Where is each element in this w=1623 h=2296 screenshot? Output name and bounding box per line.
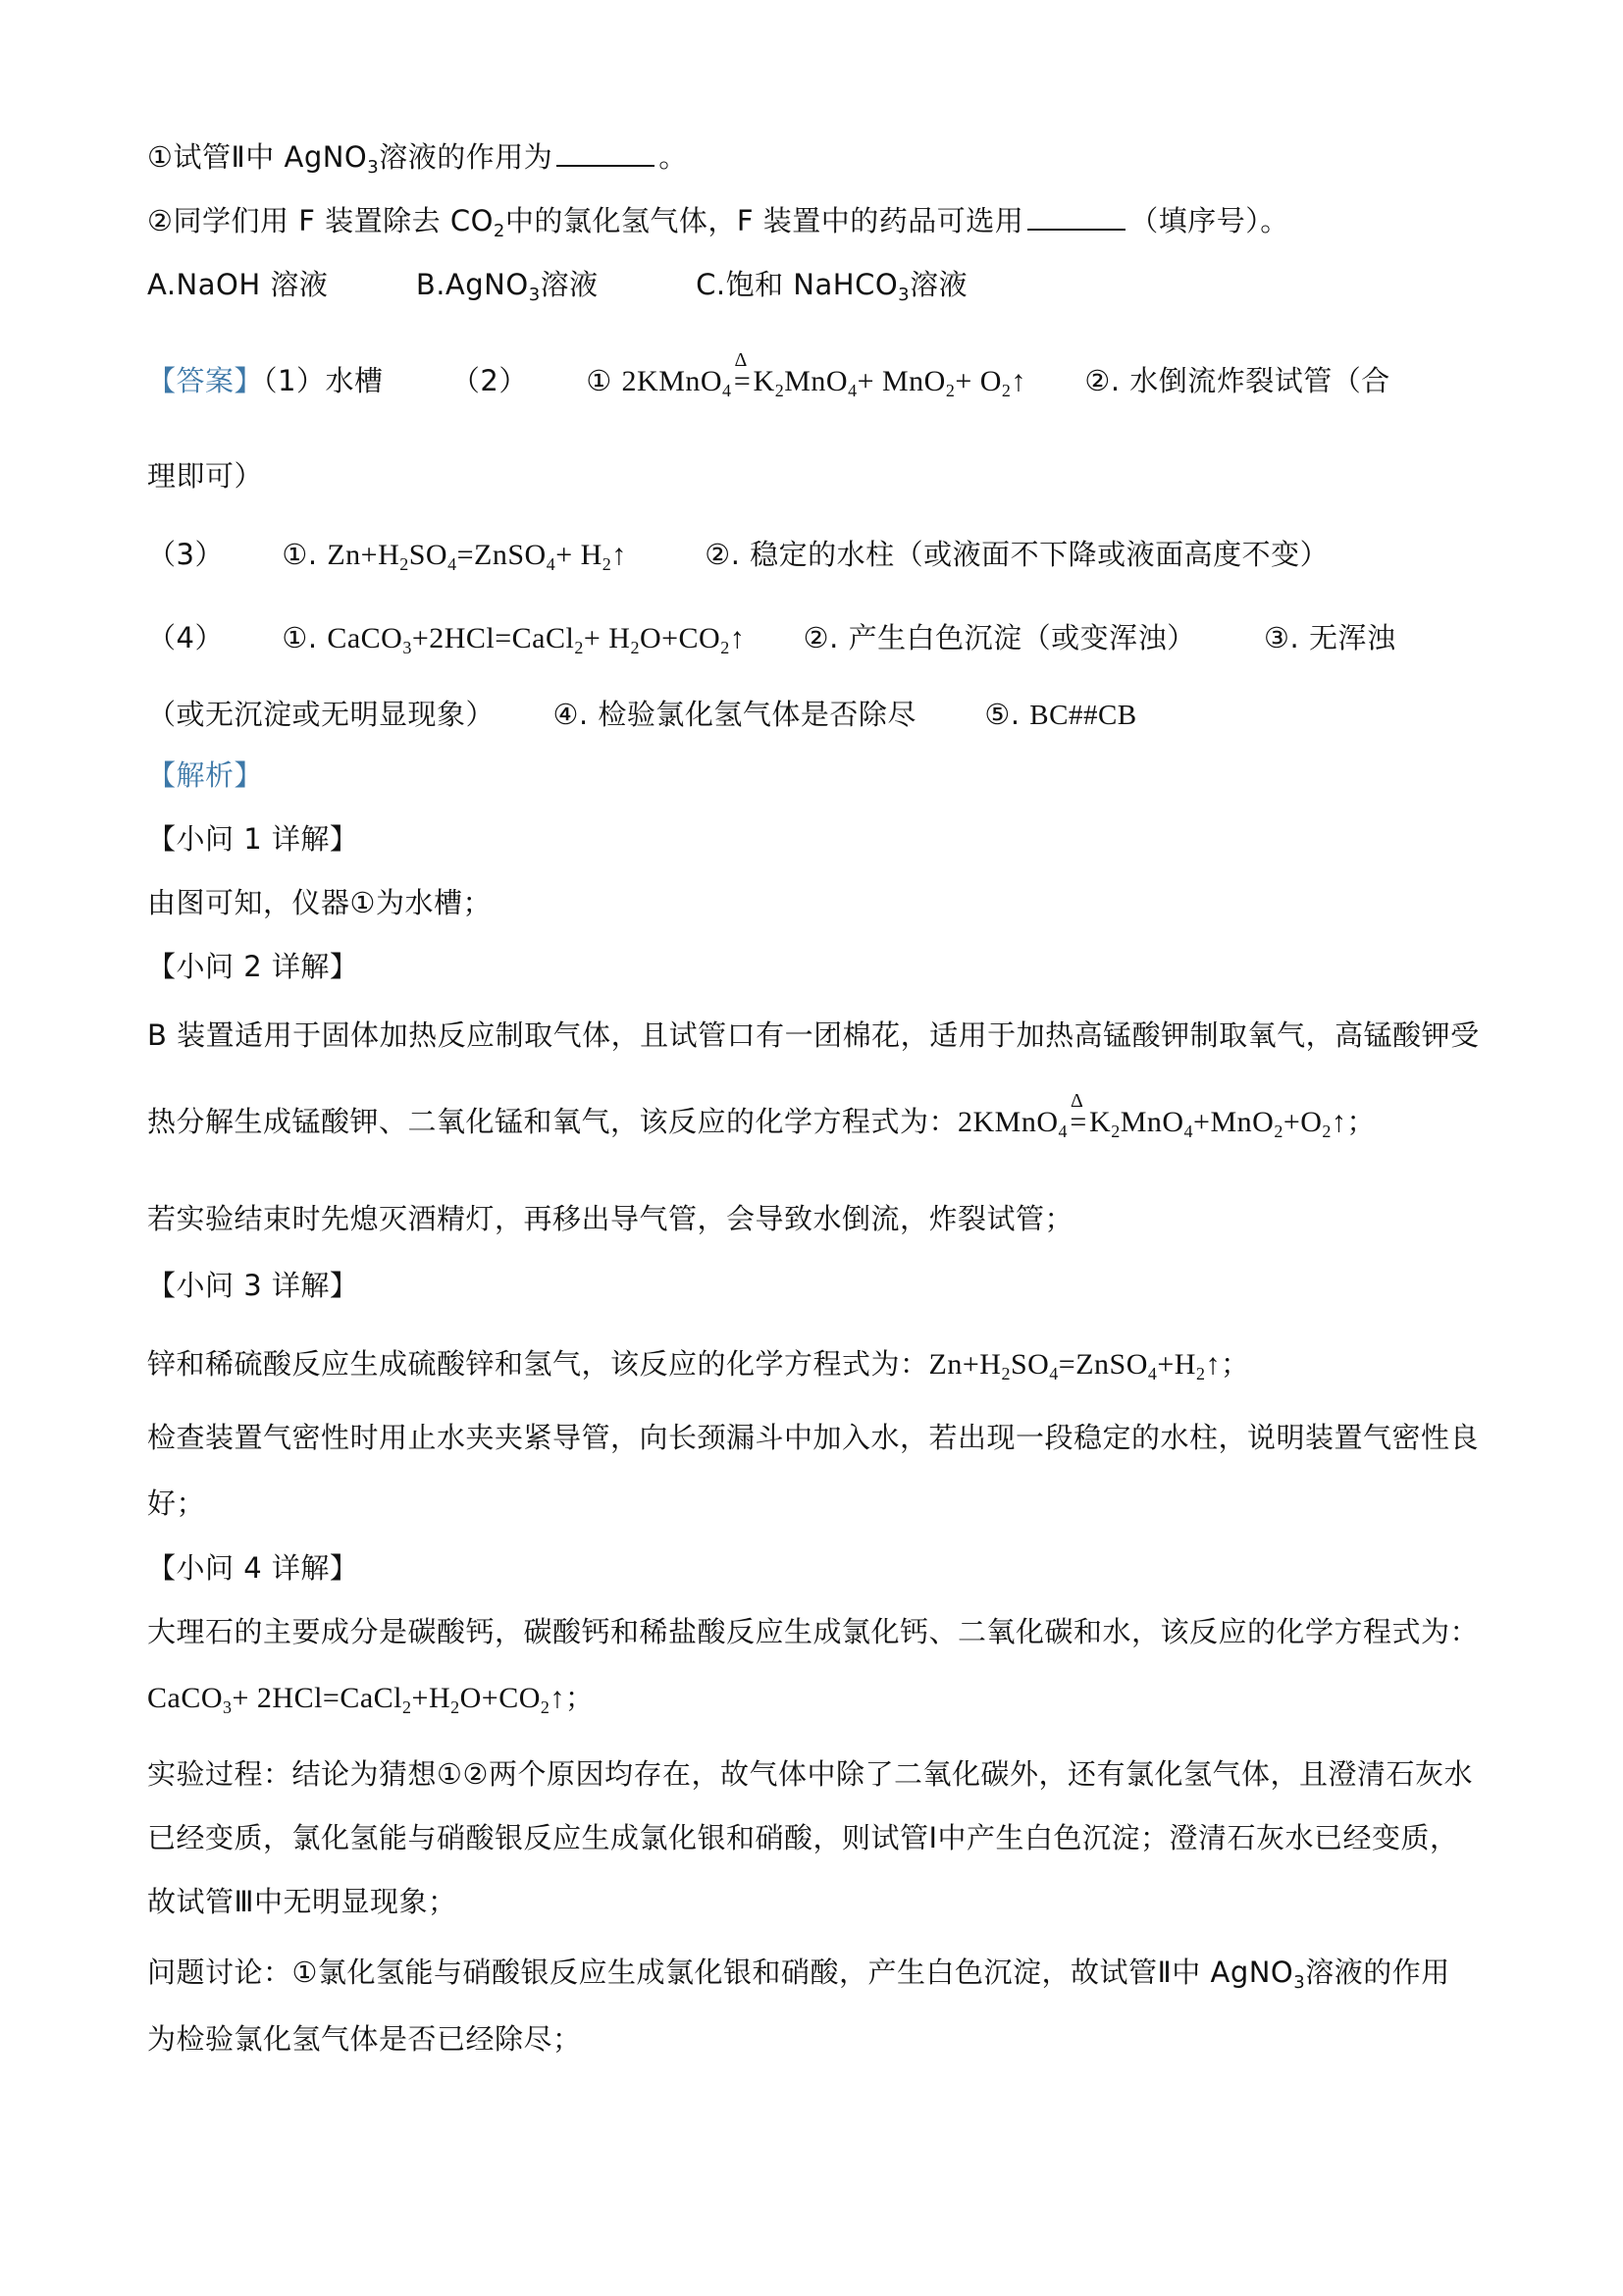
equation-zn-analysis: Zn+H2SO4=ZnSO4+H2↑ [929,1348,1221,1381]
answer-blank [1027,205,1126,231]
answer-blank [556,141,654,167]
subquestion-4-line-6: 为检验氯化氢气体是否已经除尽； [147,2019,582,2059]
subquestion-4-line-3: 已经变质，氯化氢能与硝酸银反应生成氯化银和硝酸，则试管Ⅰ中产生白色沉淀；澄清石灰… [147,1818,1459,1857]
option-b: B.AgNO3溶液 [416,268,599,301]
equation-kmno4: 2KMnO4Δ=K2MnO4+ MnO2+ O2↑ [622,365,1026,397]
answer-tag: 【答案】 [147,364,263,397]
subquestion-4-line-2: 实验过程：结论为猜想①②两个原因均存在，故气体中除了二氧化碳外，还有氯化氢气体，… [147,1754,1473,1794]
answer-line-4: （4） ①. CaCO3+2HCl=CaCl2+ H2O+CO2↑ ②. 产生白… [147,618,1396,658]
subquestion-2-line-1: B 装置适用于固体加热反应制取气体，且试管口有一团棉花，适用于加热高锰酸钾制取氧… [147,1016,1480,1055]
question-q1: ①试管Ⅱ中 AgNO3溶液的作用为。 [147,137,688,177]
subquestion-3-line-3: 好； [147,1484,205,1523]
answer-line-3: （3） ①. Zn+H2SO4=ZnSO4+ H2↑ ②. 稳定的水柱（或液面不… [147,535,1329,575]
subquestion-2-line-3: 若实验结束时先熄灭酒精灯，再移出导气管，会导致水倒流，炸裂试管； [147,1199,1073,1238]
subquestion-4-line-4: 故试管Ⅲ中无明显现象； [147,1882,457,1921]
question-options: A.NaOH 溶液 B.AgNO3溶液 C.饱和 NaHCO3溶液 [147,265,968,304]
equation-zn: Zn+H2SO4=ZnSO4+ H2↑ [327,539,626,571]
equation-kmno4-analysis: 2KMnO4Δ=K2MnO4+MnO2+O2↑ [958,1106,1346,1138]
answer-line-1: 【答案】（1）水槽 （2） ① 2KMnO4Δ=K2MnO4+ MnO2+ O2… [147,361,1390,401]
subquestion-1-title: 【小问 1 详解】 [147,819,358,859]
answer-line-2: 理即可） [147,456,263,496]
subquestion-4-line-1: 大理石的主要成分是碳酸钙，碳酸钙和稀盐酸反应生成氯化钙、二氧化碳和水，该反应的化… [147,1612,1479,1651]
equation-caco3-analysis: CaCO3+ 2HCl=CaCl2+H2O+CO2↑ [147,1682,565,1714]
subquestion-4-equation: CaCO3+ 2HCl=CaCl2+H2O+CO2↑； [147,1678,594,1718]
document-page: ①试管Ⅱ中 AgNO3溶液的作用为。 ②同学们用 F 装置除去 CO2中的氯化氢… [0,0,1623,2296]
question-q2: ②同学们用 F 装置除去 CO2中的氯化氢气体，F 装置中的药品可选用（填序号）… [147,201,1289,240]
option-a: A.NaOH 溶液 [147,268,328,301]
answer-line-5: （或无沉淀或无明显现象） ④. 检验氯化氢气体是否除尽 ⑤. BC##CB [147,695,1137,735]
subquestion-2-line-2: 热分解生成锰酸钾、二氧化锰和氧气，该反应的化学方程式为：2KMnO4Δ=K2Mn… [147,1102,1376,1142]
option-c: C.饱和 NaHCO3溶液 [696,268,968,301]
subquestion-1-text: 由图可知，仪器①为水槽； [147,883,492,922]
subquestion-3-line-1: 锌和稀硫酸反应生成硫酸锌和氢气，该反应的化学方程式为：Zn+H2SO4=ZnSO… [147,1344,1250,1384]
subquestion-4-line-5: 问题讨论：①氯化氢能与硝酸银反应生成氯化银和硝酸，产生白色沉淀，故试管Ⅱ中 Ag… [147,1953,1450,1992]
equation-caco3: CaCO3+2HCl=CaCl2+ H2O+CO2↑ [327,622,745,654]
subquestion-3-title: 【小问 3 详解】 [147,1266,358,1305]
subquestion-4-title: 【小问 4 详解】 [147,1548,358,1588]
analysis-tag: 【解析】 [147,756,263,795]
subquestion-2-title: 【小问 2 详解】 [147,947,358,986]
subquestion-3-line-2: 检查装置气密性时用止水夹夹紧导管，向长颈漏斗中加入水，若出现一段稳定的水柱，说明… [147,1418,1479,1457]
